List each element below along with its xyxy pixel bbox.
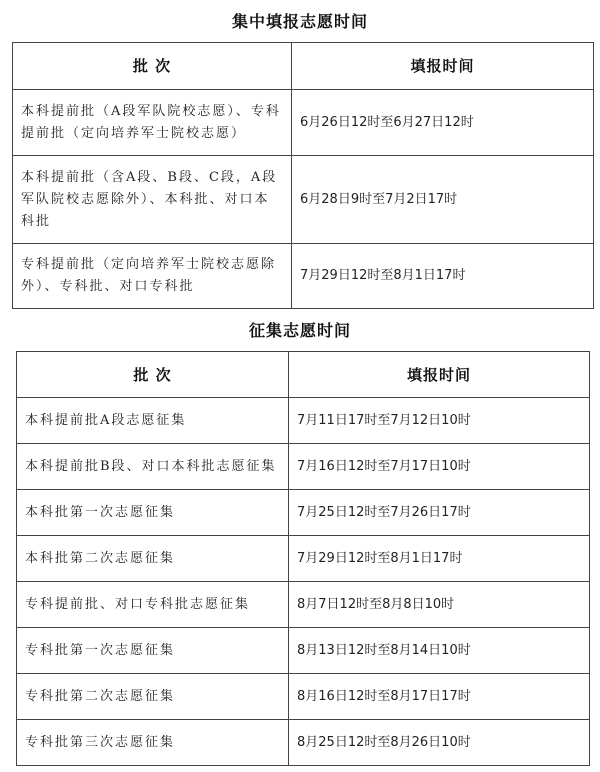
- time-cell: 8月13日12时至8月14日10时: [289, 628, 590, 674]
- table-header-row: 批 次 填报时间: [13, 43, 594, 90]
- batch-cell: 本科批第二次志愿征集: [17, 536, 289, 582]
- batch-cell: 本科提前批（含A段、B段、C段，A段军队院校志愿除外）、本科批、对口本科批: [13, 156, 292, 244]
- batch-cell: 本科提前批A段志愿征集: [17, 398, 289, 444]
- time-cell: 7月29日12时至8月1日17时: [292, 244, 594, 309]
- solicitation-schedule-table: 批 次 填报时间 本科提前批A段志愿征集 7月11日17时至7月12日10时 本…: [16, 351, 590, 766]
- section-title-solicitation: 征集志愿时间: [0, 318, 600, 341]
- batch-cell: 专科提前批（定向培养军士院校志愿除外）、专科批、对口专科批: [13, 244, 292, 309]
- batch-cell: 专科批第一次志愿征集: [17, 628, 289, 674]
- batch-cell: 专科批第二次志愿征集: [17, 674, 289, 720]
- table-row: 本科提前批（含A段、B段、C段，A段军队院校志愿除外）、本科批、对口本科批 6月…: [13, 156, 594, 244]
- time-cell: 8月16日12时至8月17日17时: [289, 674, 590, 720]
- table-row: 专科提前批、对口专科批志愿征集 8月7日12时至8月8日10时: [17, 582, 590, 628]
- time-cell: 7月16日12时至7月17日10时: [289, 444, 590, 490]
- table-row: 本科批第二次志愿征集 7月29日12时至8月1日17时: [17, 536, 590, 582]
- time-cell: 6月28日9时至7月2日17时: [292, 156, 594, 244]
- table-row: 专科批第二次志愿征集 8月16日12时至8月17日17时: [17, 674, 590, 720]
- section-title-centralized: 集中填报志愿时间: [0, 9, 600, 32]
- time-cell: 7月11日17时至7月12日10时: [289, 398, 590, 444]
- centralized-schedule-table: 批 次 填报时间 本科提前批（A段军队院校志愿）、专科提前批（定向培养军士院校志…: [12, 42, 594, 309]
- table-row: 本科提前批A段志愿征集 7月11日17时至7月12日10时: [17, 398, 590, 444]
- table-row: 本科批第一次志愿征集 7月25日12时至7月26日17时: [17, 490, 590, 536]
- batch-cell: 本科提前批（A段军队院校志愿）、专科提前批（定向培养军士院校志愿）: [13, 90, 292, 156]
- batch-cell: 专科批第三次志愿征集: [17, 720, 289, 766]
- table-row: 专科批第一次志愿征集 8月13日12时至8月14日10时: [17, 628, 590, 674]
- table-row: 专科提前批（定向培养军士院校志愿除外）、专科批、对口专科批 7月29日12时至8…: [13, 244, 594, 309]
- time-cell: 8月25日12时至8月26日10时: [289, 720, 590, 766]
- table-header-row: 批 次 填报时间: [17, 352, 590, 398]
- batch-cell: 本科批第一次志愿征集: [17, 490, 289, 536]
- header-batch: 批 次: [17, 352, 289, 398]
- time-cell: 8月7日12时至8月8日10时: [289, 582, 590, 628]
- table-row: 本科提前批（A段军队院校志愿）、专科提前批（定向培养军士院校志愿） 6月26日1…: [13, 90, 594, 156]
- table-row: 本科提前批B段、对口本科批志愿征集 7月16日12时至7月17日10时: [17, 444, 590, 490]
- header-time: 填报时间: [289, 352, 590, 398]
- time-cell: 7月29日12时至8月1日17时: [289, 536, 590, 582]
- time-cell: 6月26日12时至6月27日12时: [292, 90, 594, 156]
- time-cell: 7月25日12时至7月26日17时: [289, 490, 590, 536]
- batch-cell: 专科提前批、对口专科批志愿征集: [17, 582, 289, 628]
- header-time: 填报时间: [292, 43, 594, 90]
- header-batch: 批 次: [13, 43, 292, 90]
- table-row: 专科批第三次志愿征集 8月25日12时至8月26日10时: [17, 720, 590, 766]
- batch-cell: 本科提前批B段、对口本科批志愿征集: [17, 444, 289, 490]
